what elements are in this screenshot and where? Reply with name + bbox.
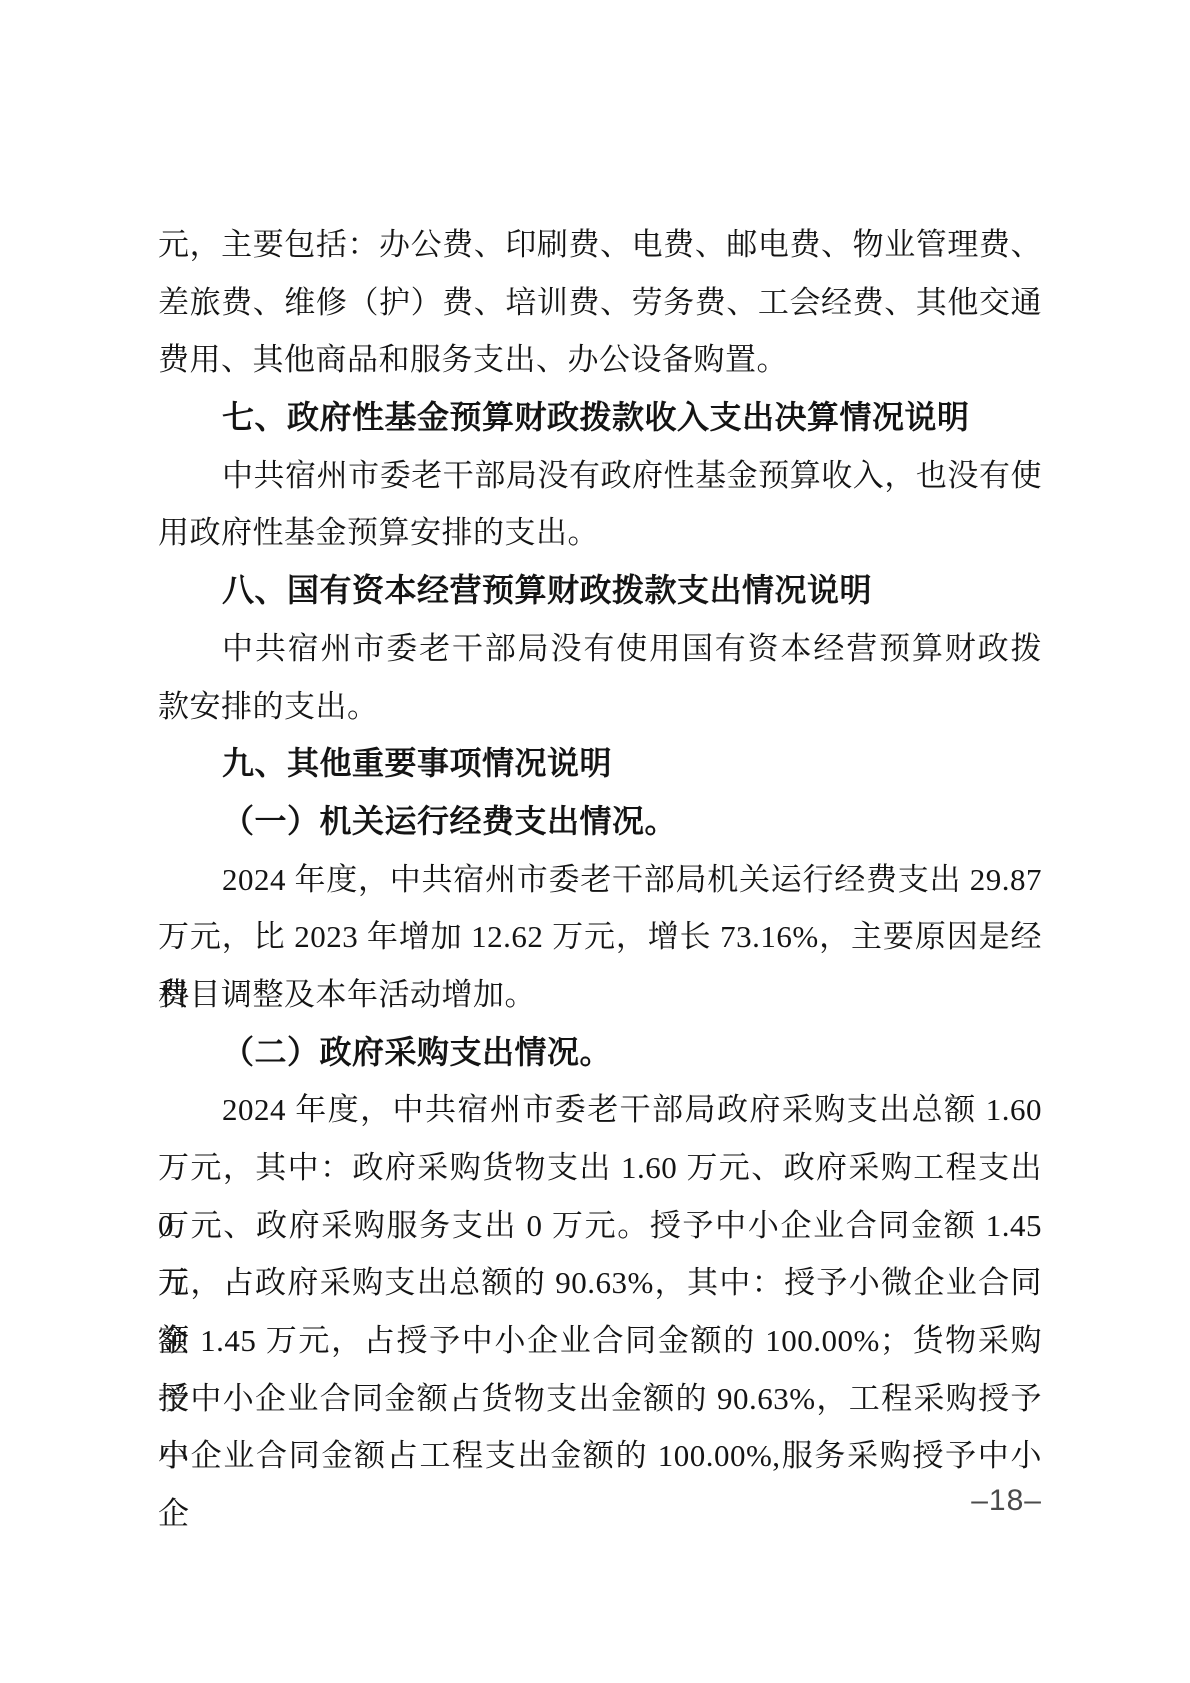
page-number: –18– (971, 1484, 1042, 1518)
para-line: 予中小企业合同金额占货物支出金额的 90.63%，工程采购授予中 (158, 1370, 1042, 1428)
para-line: 额 1.45 万元，占授予中小企业合同金额的 100.00%；货物采购授 (158, 1312, 1042, 1370)
para-line: 2024 年度，中共宿州市委老干部局机关运行经费支出 29.87 (158, 851, 1042, 909)
para-line: 中共宿州市委老干部局没有政府性基金预算收入，也没有使 (158, 447, 1042, 505)
heading-subsection-1: （一）机关运行经费支出情况。 (158, 793, 1042, 851)
para-line: 中共宿州市委老干部局没有使用国有资本经营预算财政拨 (158, 620, 1042, 678)
para-line: 费用、其他商品和服务支出、办公设备购置。 (158, 331, 1042, 389)
para-line: 小企业合同金额占工程支出金额的 100.00%,服务采购授予中小企 (158, 1427, 1042, 1485)
para-line: 款安排的支出。 (158, 678, 1042, 736)
para-line: 万元，比 2023 年增加 12.62 万元，增长 73.16%，主要原因是经费 (158, 908, 1042, 966)
para-line: 差旅费、维修（护）费、培训费、劳务费、工会经费、其他交通 (158, 274, 1042, 332)
heading-section-7: 七、政府性基金预算财政拨款收入支出决算情况说明 (158, 389, 1042, 447)
heading-section-9: 九、其他重要事项情况说明 (158, 735, 1042, 793)
document-page: 元，主要包括：办公费、印刷费、电费、邮电费、物业管理费、 差旅费、维修（护）费、… (0, 0, 1190, 1683)
para-line: 用政府性基金预算安排的支出。 (158, 504, 1042, 562)
para-line: 2024 年度，中共宿州市委老干部局政府采购支出总额 1.60 (158, 1081, 1042, 1139)
para-line: 元，占政府采购支出总额的 90.63%，其中：授予小微企业合同金 (158, 1254, 1042, 1312)
document-body: 元，主要包括：办公费、印刷费、电费、邮电费、物业管理费、 差旅费、维修（护）费、… (158, 216, 1042, 1485)
para-line: 万元、政府采购服务支出 0 万元。授予中小企业合同金额 1.45 万 (158, 1197, 1042, 1255)
para-line: 元，主要包括：办公费、印刷费、电费、邮电费、物业管理费、 (158, 216, 1042, 274)
para-line: 万元，其中：政府采购货物支出 1.60 万元、政府采购工程支出 0 (158, 1139, 1042, 1197)
heading-subsection-2: （二）政府采购支出情况。 (158, 1024, 1042, 1082)
heading-section-8: 八、国有资本经营预算财政拨款支出情况说明 (158, 562, 1042, 620)
para-line: 科目调整及本年活动增加。 (158, 966, 1042, 1024)
